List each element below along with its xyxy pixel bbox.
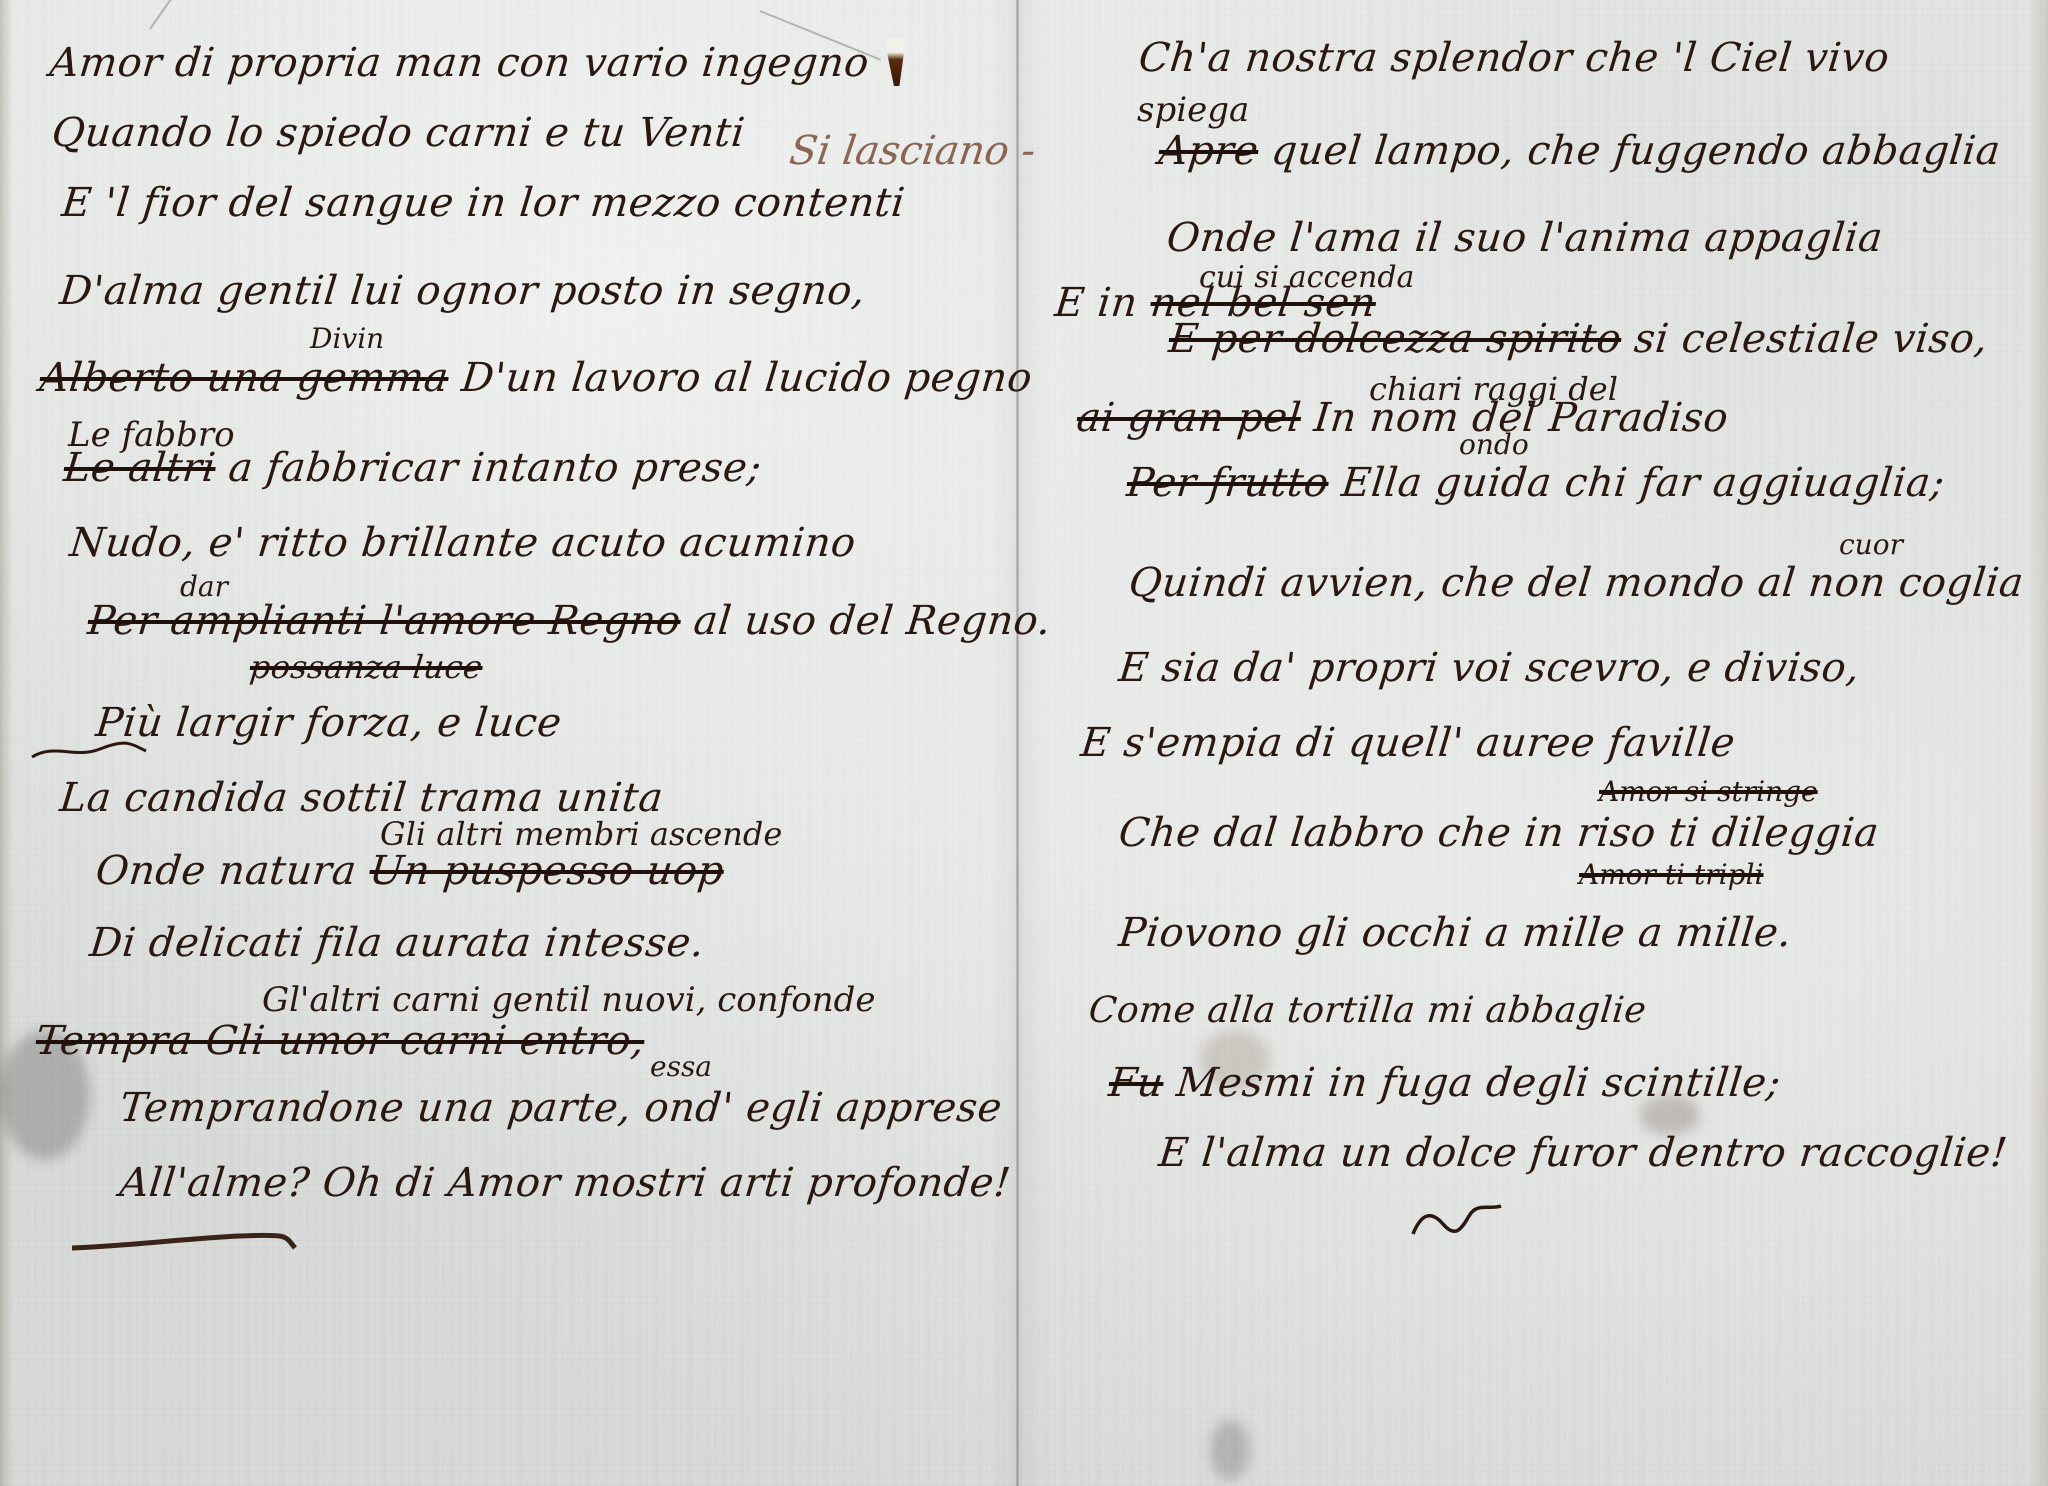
- manuscript-line: Per amplianti l'amore Regno al uso del R…: [86, 598, 1054, 644]
- line-text: Mesmi in fuga degli scintille;: [1174, 1060, 1783, 1106]
- manuscript-line: Per frutto Ella guida chi far aggiuaglia…: [1125, 460, 1947, 506]
- line-text: Ella guida chi far aggiuaglia;: [1339, 460, 1947, 506]
- line-text: D'un lavoro al lucido pegno: [459, 355, 1034, 401]
- manuscript-line: E s'empia di quell' auree faville: [1079, 720, 1738, 766]
- line-text: Onde natura: [94, 848, 359, 894]
- line-text: quel lampo, che fuggendo abbaglia: [1269, 128, 2003, 174]
- insertion: Amor ti tripli: [1579, 858, 1763, 891]
- struck-text: Per amplianti l'amore Regno: [86, 598, 684, 644]
- struck-text: E per dolcezza spirito: [1167, 316, 1624, 362]
- manuscript-line: Piovono gli occhi a mille a mille.: [1117, 910, 1794, 956]
- struck-text: Un puspesso uop: [367, 848, 726, 894]
- struck-text: Amor ti tripli: [1579, 858, 1763, 891]
- insertion: essa: [650, 1050, 712, 1083]
- flourish-underline-icon: [70, 1228, 300, 1258]
- line-text: a fabbricar intanto prese;: [226, 445, 763, 491]
- insertion: Gl'altri carni gentil nuovi, confonde: [262, 980, 875, 1020]
- manuscript-line: Amor di propria man con vario ingegno: [48, 40, 872, 86]
- manuscript-line: Più largir forza, e luce: [94, 700, 564, 746]
- struck-text: Apre: [1157, 128, 1261, 174]
- struck-text: Le altri: [62, 445, 218, 491]
- manuscript-line: possanza luce: [248, 648, 485, 686]
- line-text: al uso del Regno.: [691, 598, 1053, 644]
- struck-text: Fu: [1107, 1060, 1166, 1106]
- line-text: E in: [1053, 280, 1140, 326]
- left-page: Amor di propria man con vario ingegno Qu…: [0, 0, 1016, 1486]
- manuscript-line: Quindi avvien, che del mondo al non cogl…: [1127, 560, 2026, 606]
- insertion: Divin: [310, 322, 384, 355]
- manuscript-line: Fu Mesmi in fuga degli scintille;: [1107, 1060, 1783, 1106]
- manuscript-line: Di delicati fila aurata intesse.: [88, 920, 707, 966]
- manuscript-line: Nudo, e' ritto brillante acuto acumino: [68, 520, 859, 566]
- insertion: ondo: [1459, 428, 1529, 461]
- manuscript-line: ai gran pel In nom del Paradiso: [1075, 395, 1731, 441]
- manuscript-line: E sia da' propri voi scevro, e diviso,: [1117, 645, 1862, 691]
- manuscript-line: E 'l fior del sangue in lor mezzo conten…: [60, 180, 908, 226]
- manuscript-line: Tempra Gli umor carni entro,: [34, 1018, 647, 1064]
- line-text: si celestiale viso,: [1632, 316, 1990, 362]
- manuscript-line: Onde natura Un puspesso uop: [94, 848, 727, 894]
- manuscript-line: Temprandone una parte, ond' egli apprese: [118, 1085, 1005, 1131]
- manuscript-line: Che dal labbro che in riso ti dileggia: [1117, 810, 1882, 856]
- manuscript-line: All'alme? Oh di Amor mostri arti profond…: [118, 1160, 1013, 1206]
- manuscript-line: E l'alma un dolce furor dentro raccoglie…: [1157, 1130, 2010, 1176]
- insertion: spiega: [1137, 90, 1249, 130]
- struck-text: Alberto una gemma: [38, 355, 451, 401]
- struck-text: Tempra Gli umor carni entro,: [34, 1018, 647, 1064]
- manuscript-line: Come alla tortilla mi abbaglie: [1087, 990, 1649, 1031]
- manuscript-line: Apre quel lampo, che fuggendo abbaglia: [1157, 128, 2003, 174]
- manuscript-line: E per dolcezza spirito si celestiale vis…: [1167, 316, 1991, 362]
- manuscript-line: Alberto una gemma D'un lavoro al lucido …: [38, 355, 1035, 401]
- flourish-squiggle-icon: [30, 735, 150, 765]
- right-page: Ch'a nostra splendor che 'l Ciel vivo sp…: [1019, 0, 2048, 1486]
- flourish-squiggle-icon: [1409, 1200, 1509, 1240]
- manuscript-line: Ch'a nostra splendor che 'l Ciel vivo: [1137, 35, 1892, 81]
- struck-text: ai gran pel: [1075, 395, 1304, 441]
- struck-text: Amor si stringe: [1599, 775, 1818, 808]
- manuscript-line: Onde l'ama il suo l'anima appaglia: [1165, 215, 1886, 261]
- struck-text: possanza luce: [248, 648, 485, 686]
- struck-text: Per frutto: [1125, 460, 1331, 506]
- manuscript-line: Quando lo spiedo carni e tu Venti: [50, 110, 748, 156]
- manuscript-line: Le altri a fabbricar intanto prese;: [62, 445, 764, 491]
- insertion: cuor: [1839, 528, 1903, 561]
- manuscript-line: D'alma gentil lui ognor posto in segno,: [58, 268, 868, 314]
- insertion: Amor si stringe: [1599, 775, 1818, 808]
